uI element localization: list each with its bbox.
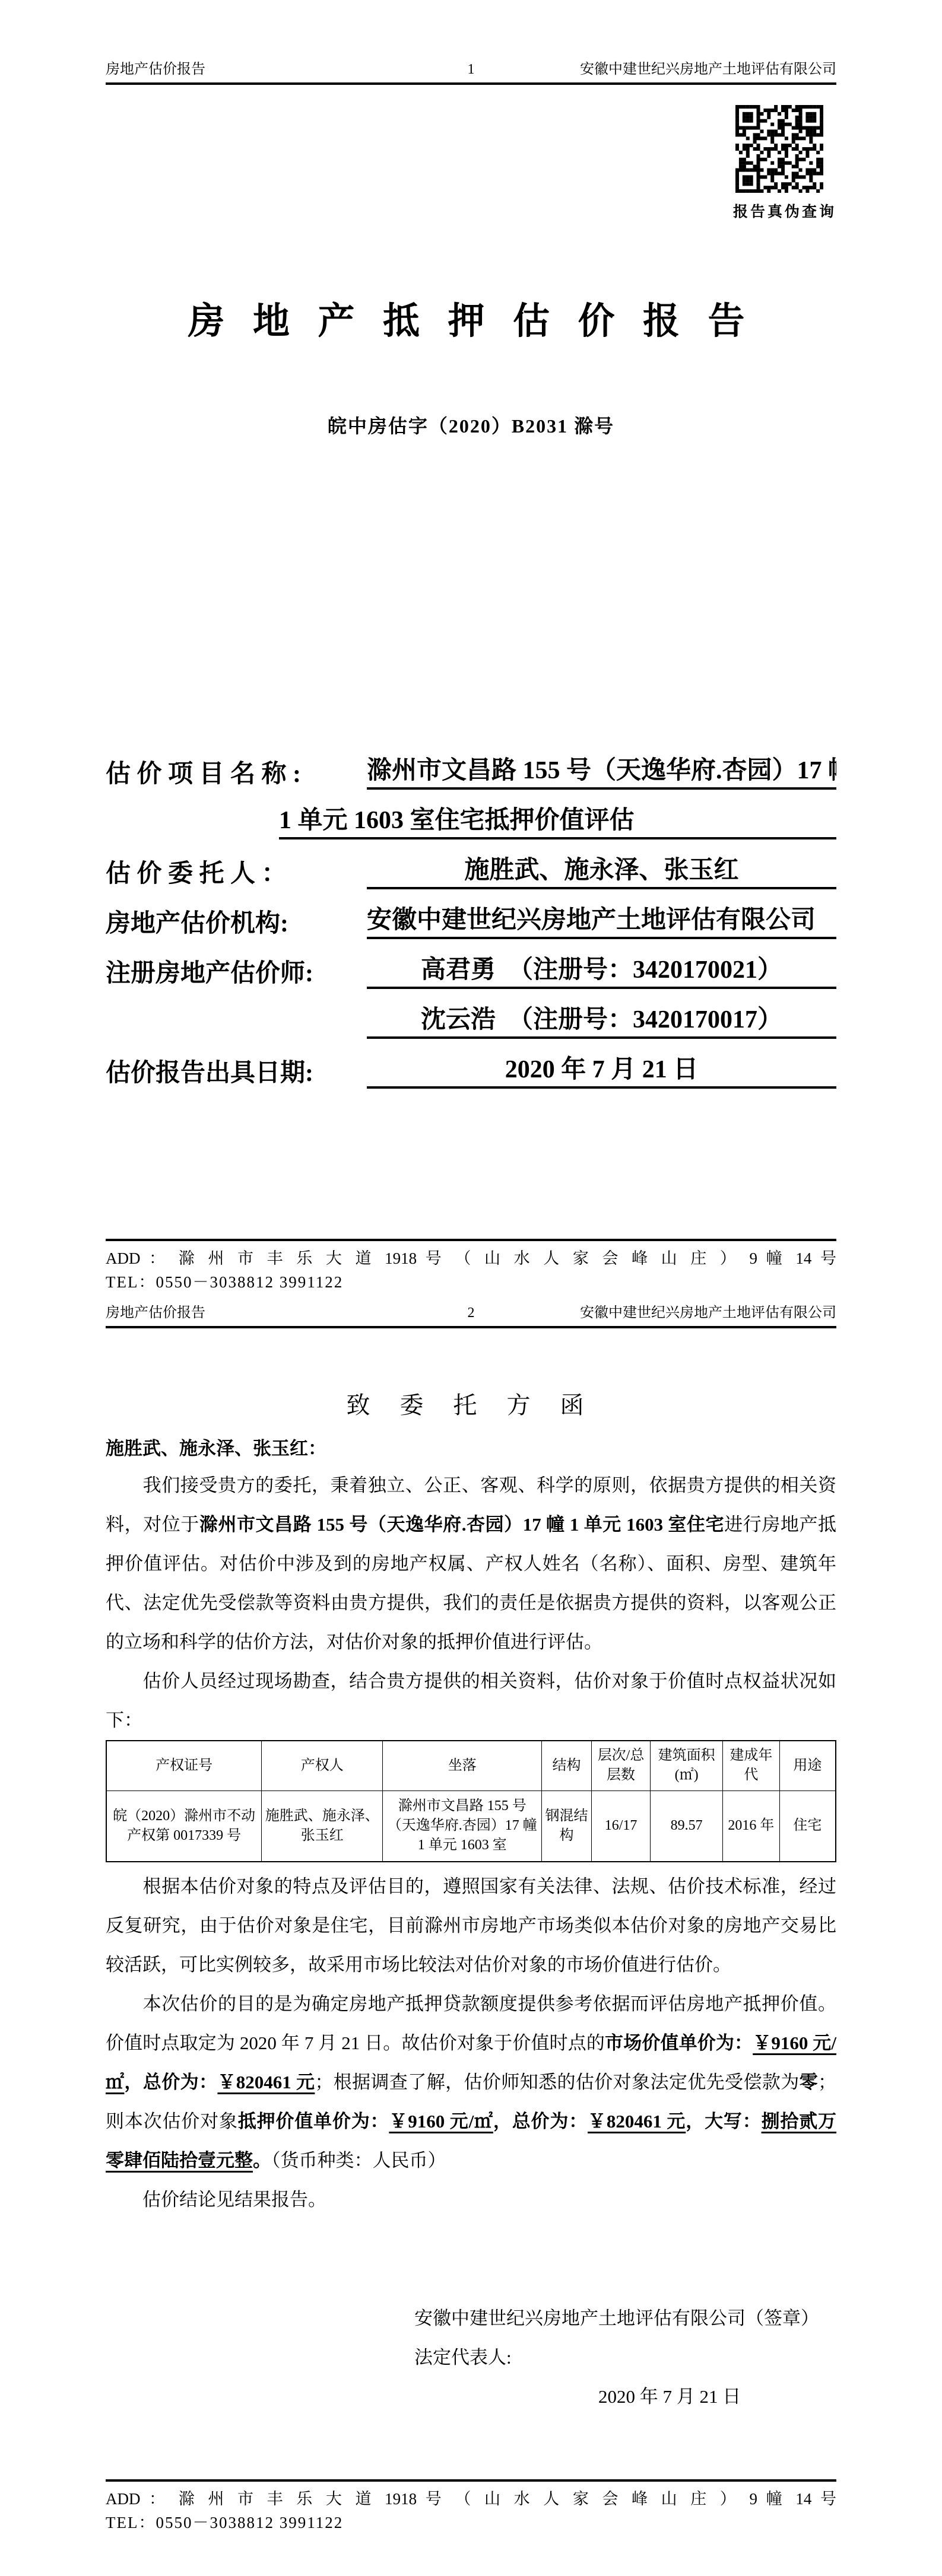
page1-running-header: 房地产估价报告 1 安徽中建世纪兴房地产土地评估有限公司 (106, 57, 836, 85)
cell-floor: 16/17 (591, 1791, 651, 1862)
project-name-row: 估 价 项 目 名 称 : 滁州市文昌路 155 号（天逸华府.杏园）17 幢 (106, 740, 836, 790)
cover-form: 估 价 项 目 名 称 : 滁州市文昌路 155 号（天逸华府.杏园）17 幢 … (106, 740, 836, 1089)
valuation-subject-table: 产权证号 产权人 坐落 结构 层次/总层数 建筑面积(㎡) 建成年代 用途 皖（… (106, 1740, 836, 1862)
table-header-row: 产权证号 产权人 坐落 结构 层次/总层数 建筑面积(㎡) 建成年代 用途 (106, 1741, 836, 1791)
issue-date-value: 2020 年 7 月 21 日 (367, 1050, 836, 1089)
col-header-year-built: 建成年代 (722, 1741, 779, 1791)
col-header-certificate-no: 产权证号 (106, 1741, 262, 1791)
paragraph-inspection: 估价人员经过现场勘查，结合贵方提供的相关资料，估价对象于价值时点权益状况如下： (106, 1662, 836, 1740)
client-label: 估 价 委 托 人 ： (106, 854, 367, 889)
paragraph-valuation-result: 本次估价的目的是为确定房地产抵押贷款额度提供参考依据而评估房地产抵押价值。价值时… (106, 1985, 836, 2180)
signature-company: 安徽中建世纪兴房地产土地评估有限公司（签章） (414, 2299, 836, 2338)
page2-running-header: 房地产估价报告 2 安徽中建世纪兴房地产土地评估有限公司 (106, 1300, 836, 1328)
cell-location: 滁州市文昌路 155 号（天逸华府.杏园）17 幢 1 单元 1603 室 (383, 1791, 542, 1862)
header-page-number: 2 (453, 1305, 489, 1321)
agency-row: 房地产估价机构: 安徽中建世纪兴房地产土地评估有限公司 (106, 889, 836, 939)
issue-date-row: 估价报告出具日期: 2020 年 7 月 21 日 (106, 1039, 836, 1089)
appraiser-label: 注册房地产估价师: (106, 953, 367, 989)
col-header-use: 用途 (779, 1741, 836, 1791)
report-title: 房 地 产 抵 押 估 价 报 告 (106, 296, 836, 347)
report-number: 皖中房估字（2020）B2031 滁号 (106, 414, 836, 438)
appraiser2-value: 沈云浩 （注册号：3420170017） (367, 1000, 836, 1039)
header-page-number: 1 (453, 62, 489, 78)
cell-area: 89.57 (651, 1791, 723, 1862)
cell-year-built: 2016 年 (722, 1791, 779, 1862)
cell-certificate-no: 皖（2020）滁州市不动产权第 0017339 号 (106, 1791, 262, 1862)
footer-telephone: TEL：0550－3038812 3991122 (106, 2513, 836, 2533)
header-company-name: 安徽中建世纪兴房地产土地评估有限公司 (489, 57, 837, 78)
qr-code-icon (735, 105, 823, 193)
agency-label: 房地产估价机构: (106, 904, 367, 939)
cell-use: 住宅 (779, 1791, 836, 1862)
paragraph-methodology: 根据本估价对象的特点及评估目的，遵照国家有关法律、法规、估价技术标准，经过反复研… (106, 1867, 836, 1985)
project-name-row2: 1 单元 1603 室住宅抵押价值评估 (106, 790, 836, 839)
client-value: 施胜武、施永泽、张玉红 (367, 850, 836, 889)
agency-value: 安徽中建世纪兴房地产土地评估有限公司 (367, 900, 836, 939)
issue-date-label: 估价报告出具日期: (106, 1053, 367, 1089)
col-header-floor: 层次/总层数 (591, 1741, 651, 1791)
project-name-value-line1: 滁州市文昌路 155 号（天逸华府.杏园）17 幢 (367, 750, 836, 790)
signature-legal-representative: 法定代表人: (414, 2338, 836, 2377)
page2-running-footer: ADD ： 滁 州 市 丰 乐 大 道 1918 号 （ 山 水 人 家 会 峰… (106, 2479, 836, 2533)
letter-salutation: 施胜武、施永泽、张玉红： (106, 1436, 836, 1461)
appraiser1-value: 高君勇 （注册号：3420170021） (367, 950, 836, 989)
signature-date: 2020 年 7 月 21 日 (414, 2377, 836, 2416)
cell-owner: 施胜武、施永泽、张玉红 (262, 1791, 383, 1862)
header-doc-type: 房地产估价报告 (106, 57, 453, 78)
footer-telephone: TEL：0550－3038812 3991122 (106, 1272, 836, 1292)
signature-block: 安徽中建世纪兴房地产土地评估有限公司（签章） 法定代表人: 2020 年 7 月… (414, 2299, 836, 2416)
header-doc-type: 房地产估价报告 (106, 1300, 453, 1321)
header-company-name: 安徽中建世纪兴房地产土地评估有限公司 (489, 1300, 837, 1321)
appraisal-report-document: 房地产估价报告 1 安徽中建世纪兴房地产土地评估有限公司 报告真伪查询 房 地 … (0, 0, 942, 2576)
project-name-value-line2: 1 单元 1603 室住宅抵押价值评估 (279, 800, 836, 839)
letter-title: 致 委 托 方 函 (106, 1390, 836, 1421)
col-header-owner: 产权人 (262, 1741, 383, 1791)
col-header-structure: 结构 (542, 1741, 592, 1791)
footer-address: ADD ： 滁 州 市 丰 乐 大 道 1918 号 （ 山 水 人 家 会 峰… (106, 1248, 836, 1268)
footer-address: ADD ： 滁 州 市 丰 乐 大 道 1918 号 （ 山 水 人 家 会 峰… (106, 2489, 836, 2509)
paragraph-engagement: 我们接受贵方的委托，秉着独立、公正、客观、科学的原则，依据贵方提供的相关资料，对… (106, 1466, 836, 1662)
appraiser-row1: 注册房地产估价师: 高君勇 （注册号：3420170021） (106, 939, 836, 989)
cell-structure: 钢混结构 (542, 1791, 592, 1862)
report-verification-block: 报告真伪查询 (106, 105, 836, 221)
paragraph-conclusion: 估价结论见结果报告。 (106, 2180, 836, 2219)
col-header-area: 建筑面积(㎡) (651, 1741, 723, 1791)
appraiser-row2: 沈云浩 （注册号：3420170017） (106, 989, 836, 1039)
table-row: 皖（2020）滁州市不动产权第 0017339 号 施胜武、施永泽、张玉红 滁州… (106, 1791, 836, 1862)
qr-caption: 报告真伪查询 (733, 200, 836, 221)
page1-running-footer: ADD ： 滁 州 市 丰 乐 大 道 1918 号 （ 山 水 人 家 会 峰… (106, 1239, 836, 1292)
col-header-location: 坐落 (383, 1741, 542, 1791)
client-row: 估 价 委 托 人 ： 施胜武、施永泽、张玉红 (106, 839, 836, 889)
project-name-label: 估 价 项 目 名 称 : (106, 754, 367, 790)
